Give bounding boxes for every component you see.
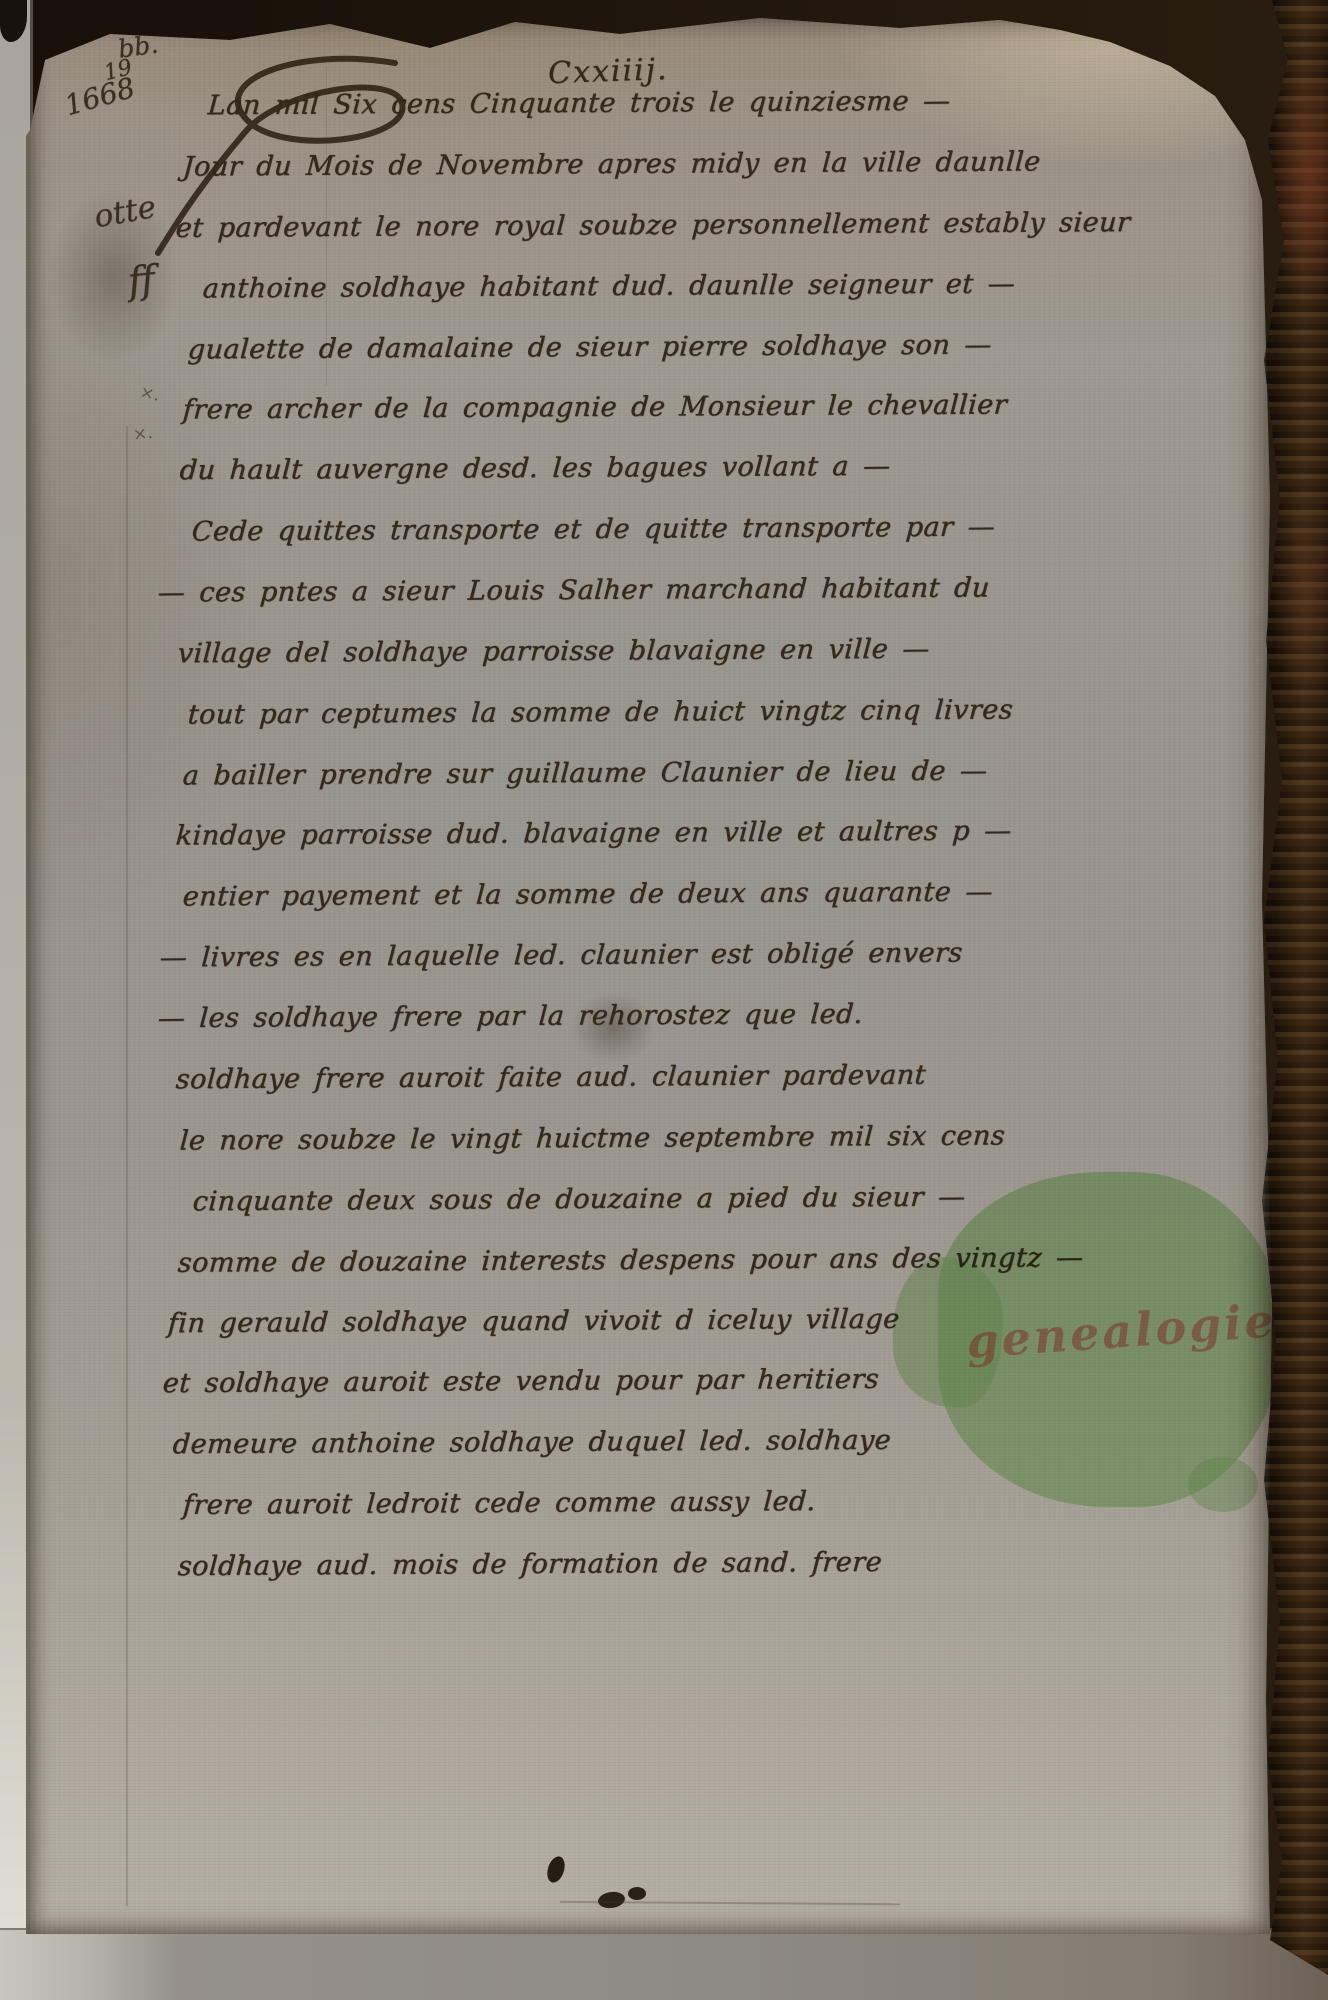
manuscript-line: Jour du Mois de Novembre apres midy en l… [182, 146, 1042, 182]
manuscript-line: du hault auvergne desd. les bagues volla… [179, 451, 892, 486]
manuscript-line: et pardevant le nore royal soubze person… [175, 207, 1132, 244]
manuscript-line: — livres es en laquelle led. claunier es… [159, 938, 964, 974]
manuscript-line: soldhaye aud. mois de formation de sand.… [177, 1547, 883, 1582]
manuscript-line: fin gerauld soldhaye quand vivoit d icel… [167, 1304, 901, 1339]
manuscript-line: et soldhaye auroit este vendu pour par h… [162, 1364, 880, 1399]
manuscript-line: demeure anthoine soldhaye duquel led. so… [172, 1425, 892, 1460]
page-bottom-edge [0, 1928, 1328, 2000]
manuscript-line: tout par ceptumes la somme de huict ving… [187, 694, 1014, 730]
manuscript-line: frere archer de la compagnie de Monsieur… [182, 389, 1008, 425]
manuscript-line: frere auroit ledroit cede comme aussy le… [182, 1486, 817, 1521]
green-stamp-watermark: genealogie [938, 1172, 1283, 1507]
manuscript-line: kindaye parroisse dud. blavaigne en vill… [175, 815, 1013, 851]
folio-number-roman: Cxxiiij. [547, 52, 669, 91]
manuscript-line: le nore soubze le vingt huictme septembr… [179, 1120, 1006, 1156]
ink-blot [628, 1887, 646, 1900]
manuscript-line: — ces pntes a sieur Louis Salher marchan… [157, 572, 991, 608]
vertical-crease [126, 426, 128, 1906]
manuscript-line: cinquante deux sous de douzaine a pied d… [192, 1182, 967, 1218]
manuscript-scan: Cxxiiij. bb. 19 1668 otte ff ×. ×. Lan m… [0, 0, 1328, 2000]
manuscript-line: soldhaye frere auroit faite aud. claunie… [175, 1060, 927, 1096]
stamp-red-text: genealogie [964, 1293, 1279, 1369]
manuscript-line: anthoine soldhaye habitant dud. daunlle … [202, 269, 1016, 305]
manuscript-line: a bailler prendre sur guillaume Claunier… [182, 756, 989, 792]
margin-side-note: ff [126, 257, 157, 304]
manuscript-line: Lan mil Six cens Cinquante trois le quin… [207, 86, 952, 122]
manuscript-line: village del soldhaye parroisse blavaigne… [177, 634, 931, 670]
book-fore-edge [1258, 0, 1328, 1975]
margin-cross-mark: ×. [138, 382, 161, 406]
margin-cross-mark: ×. [132, 423, 154, 446]
manuscript-line: Cede quittes transporte et de quitte tra… [191, 512, 996, 548]
manuscript-line: — les soldhaye frere par la rehorostez q… [157, 999, 864, 1034]
manuscript-line: gualette de damalaine de sieur pierre so… [187, 330, 993, 366]
manuscript-line: entier payement et la somme de deux ans … [182, 877, 994, 913]
